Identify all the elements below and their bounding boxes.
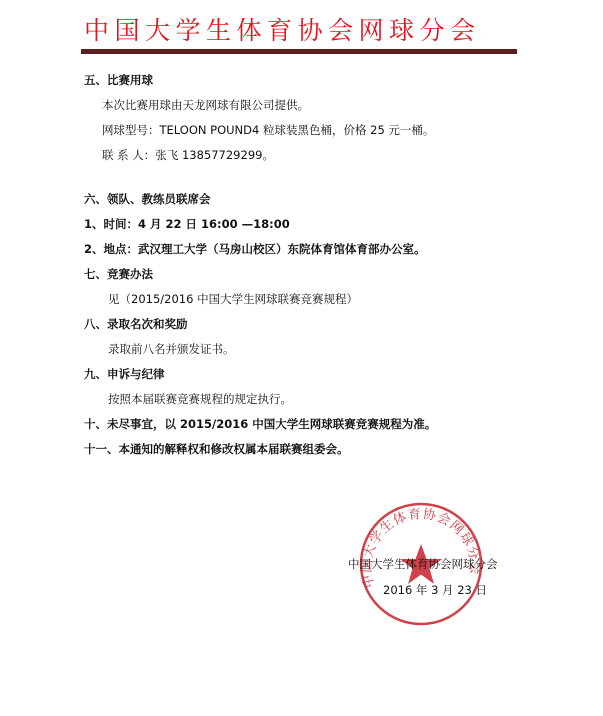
section-8-heading: 八、录取名次和奖励 xyxy=(84,316,188,332)
section-5-contact: 联 系 人：张飞 13857729299。 xyxy=(102,147,274,163)
signature-organization: 中国大学生体育协会网球分会 xyxy=(348,556,498,572)
section-5-supplier: 本次比赛用球由天龙网球有限公司提供。 xyxy=(102,97,309,113)
section-5-heading: 五、比赛用球 xyxy=(84,72,153,88)
section-9-heading: 九、申诉与纪律 xyxy=(84,366,165,382)
letterhead-title: 中国大学生体育协会网球分会 xyxy=(84,16,524,46)
section-6-location: 2、地点：武汉理工大学（马房山校区）东院体育馆体育部办公室。 xyxy=(84,241,426,257)
section-5-ball-model: 网球型号：TELOON POUND4 粒球装黑色桶，价格 25 元一桶。 xyxy=(102,122,434,138)
section-9-body: 按照本届联赛竞赛规程的规定执行。 xyxy=(108,391,292,407)
section-6-heading: 六、领队、教练员联席会 xyxy=(84,191,211,207)
section-11: 十一、本通知的解释权和修改权属本届联赛组委会。 xyxy=(84,441,349,457)
section-10: 十、未尽事宜，以 2015/2016 中国大学生网球联赛竞赛规程为准。 xyxy=(84,416,436,432)
section-6-time: 1、时间：4 月 22 日 16:00 —18:00 xyxy=(84,216,290,232)
letterhead-rule xyxy=(81,49,517,54)
section-7-heading: 七、竞赛办法 xyxy=(84,266,153,282)
section-7-body: 见（2015/2016 中国大学生网球联赛竞赛规程） xyxy=(108,291,358,307)
section-8-body: 录取前八名并颁发证书。 xyxy=(108,341,235,357)
signature-date: 2016 年 3 月 23 日 xyxy=(383,582,487,598)
